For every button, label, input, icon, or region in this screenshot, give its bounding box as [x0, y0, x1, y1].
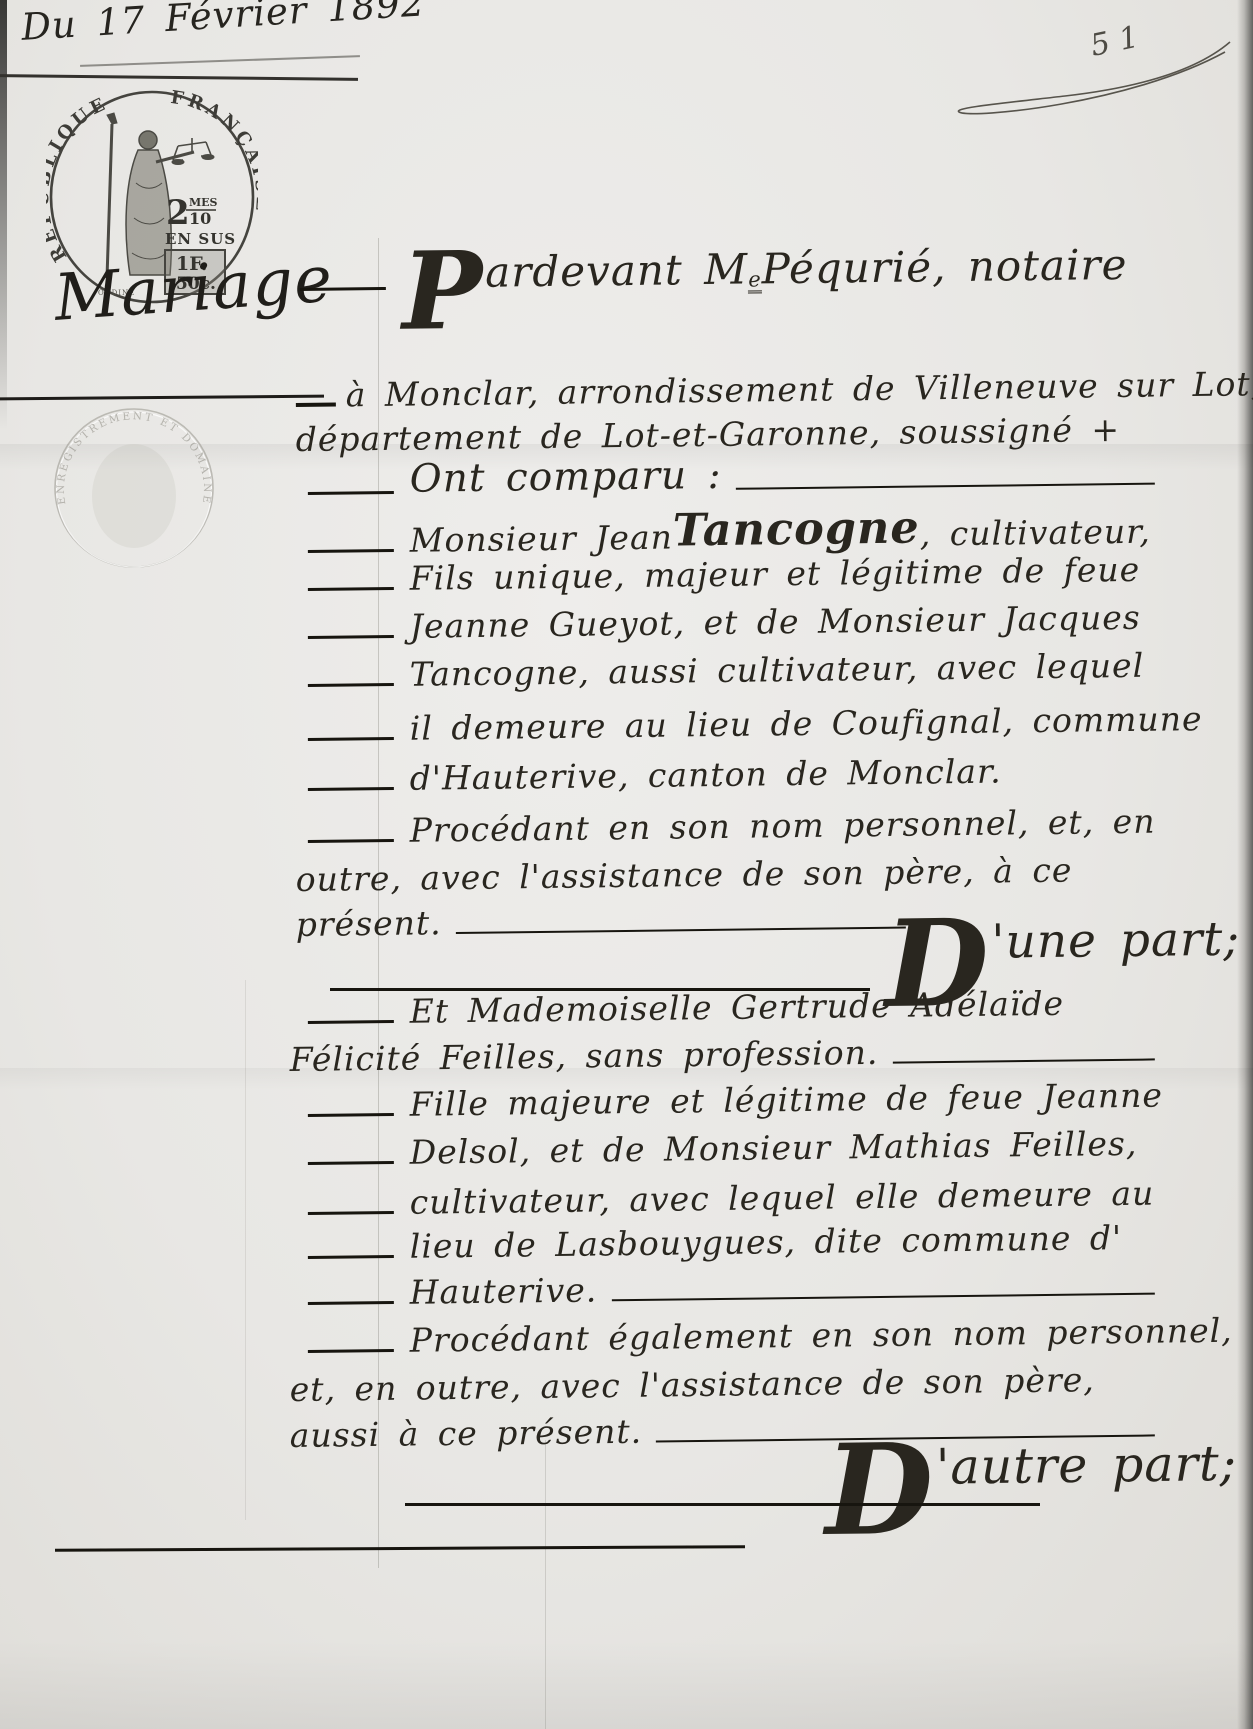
seal-figure-relief — [92, 444, 176, 548]
blank-filler-dash — [308, 549, 394, 553]
line-text: lieu de Lasbouygues, dite commune d' — [410, 1218, 1123, 1266]
title-rule — [0, 395, 324, 401]
ornate-initial: P — [402, 286, 484, 298]
line-text: , cultivateur, — [919, 512, 1151, 554]
blank-filler-dash — [308, 1020, 394, 1024]
document-line: à Monclar, arrondissement de Villeneuve … — [296, 364, 1253, 415]
stamp-country-left: RÉPUBLIQUE — [46, 93, 112, 266]
document-line: Procédant en son nom personnel, et, en — [308, 802, 1156, 851]
line-text: Fille majeure et légitime de feue Jeanne — [410, 1076, 1164, 1124]
date-header: Du 17 Février 1892 — [20, 0, 426, 49]
blank-filler-dash — [308, 737, 394, 741]
figure-head — [139, 131, 157, 149]
blank-filler-dash — [308, 839, 394, 843]
line-text: Procédant également en son nom personnel… — [410, 1311, 1233, 1360]
document-line: et, en outre, avec l'assistance de son p… — [290, 1360, 1095, 1409]
document-line-part-clause: D 'une part; — [884, 912, 1240, 971]
blank-filler-dash — [308, 1211, 394, 1215]
surcharge-suffix: EN SUS — [165, 230, 236, 248]
embossed-seal-image: ENREGISTREMENT ET DOMAINES — [50, 404, 218, 572]
document-line: Hauterive. — [308, 1264, 1155, 1313]
line-text: 'autre part; — [936, 1435, 1238, 1496]
line-text: d'Hauterive, canton de Monclar. — [410, 752, 1002, 798]
line-text: Tancogne, aussi cultivateur, avec lequel — [410, 646, 1145, 694]
blank-filler-dash — [308, 1161, 394, 1165]
date-underline — [80, 55, 360, 67]
line-filler-rule — [456, 927, 906, 934]
page-mark: 51 — [925, 10, 1245, 129]
ornate-initial: D — [825, 1483, 935, 1497]
blank-filler-dash — [308, 635, 394, 639]
paper-crease — [545, 1440, 546, 1729]
document-line-opening: P ardevant M e Péqurié, notaire — [299, 240, 1127, 299]
document-line-part-clause: D 'autre part; — [824, 1435, 1237, 1497]
line-text: Fils unique, majeur et légitime de feue — [410, 550, 1141, 598]
line-text: Et Mademoiselle Gertrude Adélaïde — [410, 984, 1065, 1031]
scale-pan-right — [202, 155, 214, 160]
line-text: Péqurié, notaire — [761, 240, 1127, 293]
blank-filler-dash — [308, 491, 394, 495]
scan-edge-right — [1237, 0, 1253, 1729]
page-mark-text: 51 — [1087, 17, 1151, 63]
ornate-initial: D — [885, 958, 990, 971]
superscript-abbreviation: e — [748, 269, 762, 293]
staff — [107, 124, 112, 278]
document-line: Ont comparu : — [307, 448, 1154, 503]
line-text: ardevant M — [485, 245, 749, 297]
line-text: Delsol, et de Monsieur Mathias Feilles, — [410, 1124, 1138, 1172]
document-line: lieu de Lasbouygues, dite commune d' — [308, 1218, 1123, 1267]
line-text: Félicité Feilles, sans profession. — [290, 1033, 879, 1079]
surname-emphasized: Tancogne — [672, 501, 919, 557]
line-filler-rule — [736, 483, 1155, 490]
line-filler-rule — [892, 1058, 1154, 1063]
line-filler-rule — [611, 1293, 1154, 1302]
line-text: il demeure au lieu de Coufignal, commune — [410, 699, 1203, 748]
blank-filler-dash — [308, 683, 394, 687]
surcharge-numerator: 2 — [166, 193, 190, 233]
document-line: cultivateur, avec lequel elle demeure au — [308, 1174, 1155, 1223]
embossed-seal: ENREGISTREMENT ET DOMAINES — [50, 404, 218, 576]
line-text: 'une part; — [991, 912, 1240, 970]
document-line: Jeanne Gueyot, et de Monsieur Jacques — [308, 598, 1141, 647]
scale-pan-left — [172, 160, 184, 165]
line-text: aussi à ce présent. — [290, 1412, 643, 1455]
header-rule — [0, 74, 358, 80]
line-text: cultivateur, avec lequel elle demeure au — [410, 1174, 1155, 1222]
blank-filler-dash — [300, 287, 386, 291]
line-text: présent. — [296, 903, 442, 944]
blank-filler-dash — [308, 1349, 394, 1353]
document-line: Procédant également en son nom personnel… — [308, 1311, 1233, 1361]
closing-rule — [55, 1545, 745, 1551]
staff-head — [107, 113, 117, 124]
page-mark-flourish: 51 — [925, 10, 1245, 125]
document-line: d'Hauterive, canton de Monclar. — [308, 752, 1002, 799]
blank-filler-dash — [308, 1113, 394, 1117]
paper-crease — [245, 980, 246, 1520]
document-line: Tancogne, aussi cultivateur, avec lequel — [308, 646, 1145, 695]
line-text: Procédant en son nom personnel, et, en — [410, 802, 1156, 850]
surcharge-exponent: MES — [189, 196, 218, 209]
line-text: Ont comparu : — [409, 453, 722, 502]
document-line: outre, avec l'assistance de son père, à … — [296, 851, 1073, 899]
line-text: Monsieur Jean — [410, 518, 674, 560]
blank-filler-dash — [308, 1301, 394, 1305]
scan-edge-left — [0, 0, 7, 430]
document-line: il demeure au lieu de Coufignal, commune — [308, 699, 1203, 749]
document-line: Delsol, et de Monsieur Mathias Feilles, — [308, 1124, 1138, 1173]
blank-filler-dash — [308, 1255, 394, 1259]
line-text: et, en outre, avec l'assistance de son p… — [290, 1360, 1095, 1409]
clause-leading-rule — [405, 1503, 1040, 1506]
line-text: à Monclar, arrondissement de Villeneuve … — [346, 364, 1253, 414]
surcharge-denominator: 10 — [189, 209, 211, 228]
line-text: Jeanne Gueyot, et de Monsieur Jacques — [410, 598, 1141, 646]
line-text: outre, avec l'assistance de son père, à … — [296, 851, 1073, 899]
document-line: présent. — [296, 898, 906, 944]
blank-filler-dash — [296, 403, 336, 407]
scanned-document-page: Du 17 Février 1892 51 RÉPUBLIQUE FRANÇAI… — [0, 0, 1253, 1729]
blank-filler-dash — [308, 587, 394, 591]
line-text: Hauterive. — [410, 1270, 598, 1311]
blank-filler-dash — [308, 787, 394, 791]
paper-fold — [0, 1640, 1253, 1729]
